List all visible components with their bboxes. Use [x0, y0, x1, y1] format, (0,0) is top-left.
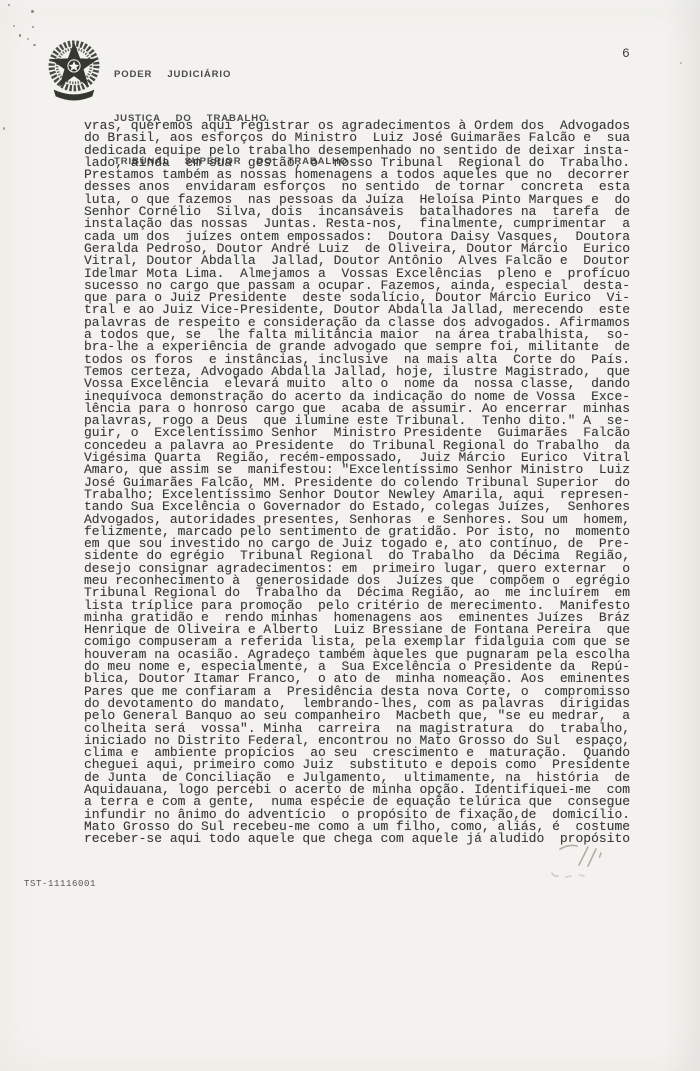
handwritten-mark [546, 839, 630, 891]
letterhead-line-poder-judiciario: PODER JUDICIÁRIO [114, 68, 348, 83]
page-number: 6 [622, 46, 630, 61]
scanned-document-page: PODER JUDICIÁRIO JUSTIÇA DO TRABALHO TRI… [0, 0, 700, 1071]
document-body-text: vras, queremos aqui registrar os agradec… [84, 120, 630, 846]
coat-of-arms-icon [40, 34, 108, 110]
footer-doc-code: TST-11116001 [24, 879, 96, 889]
